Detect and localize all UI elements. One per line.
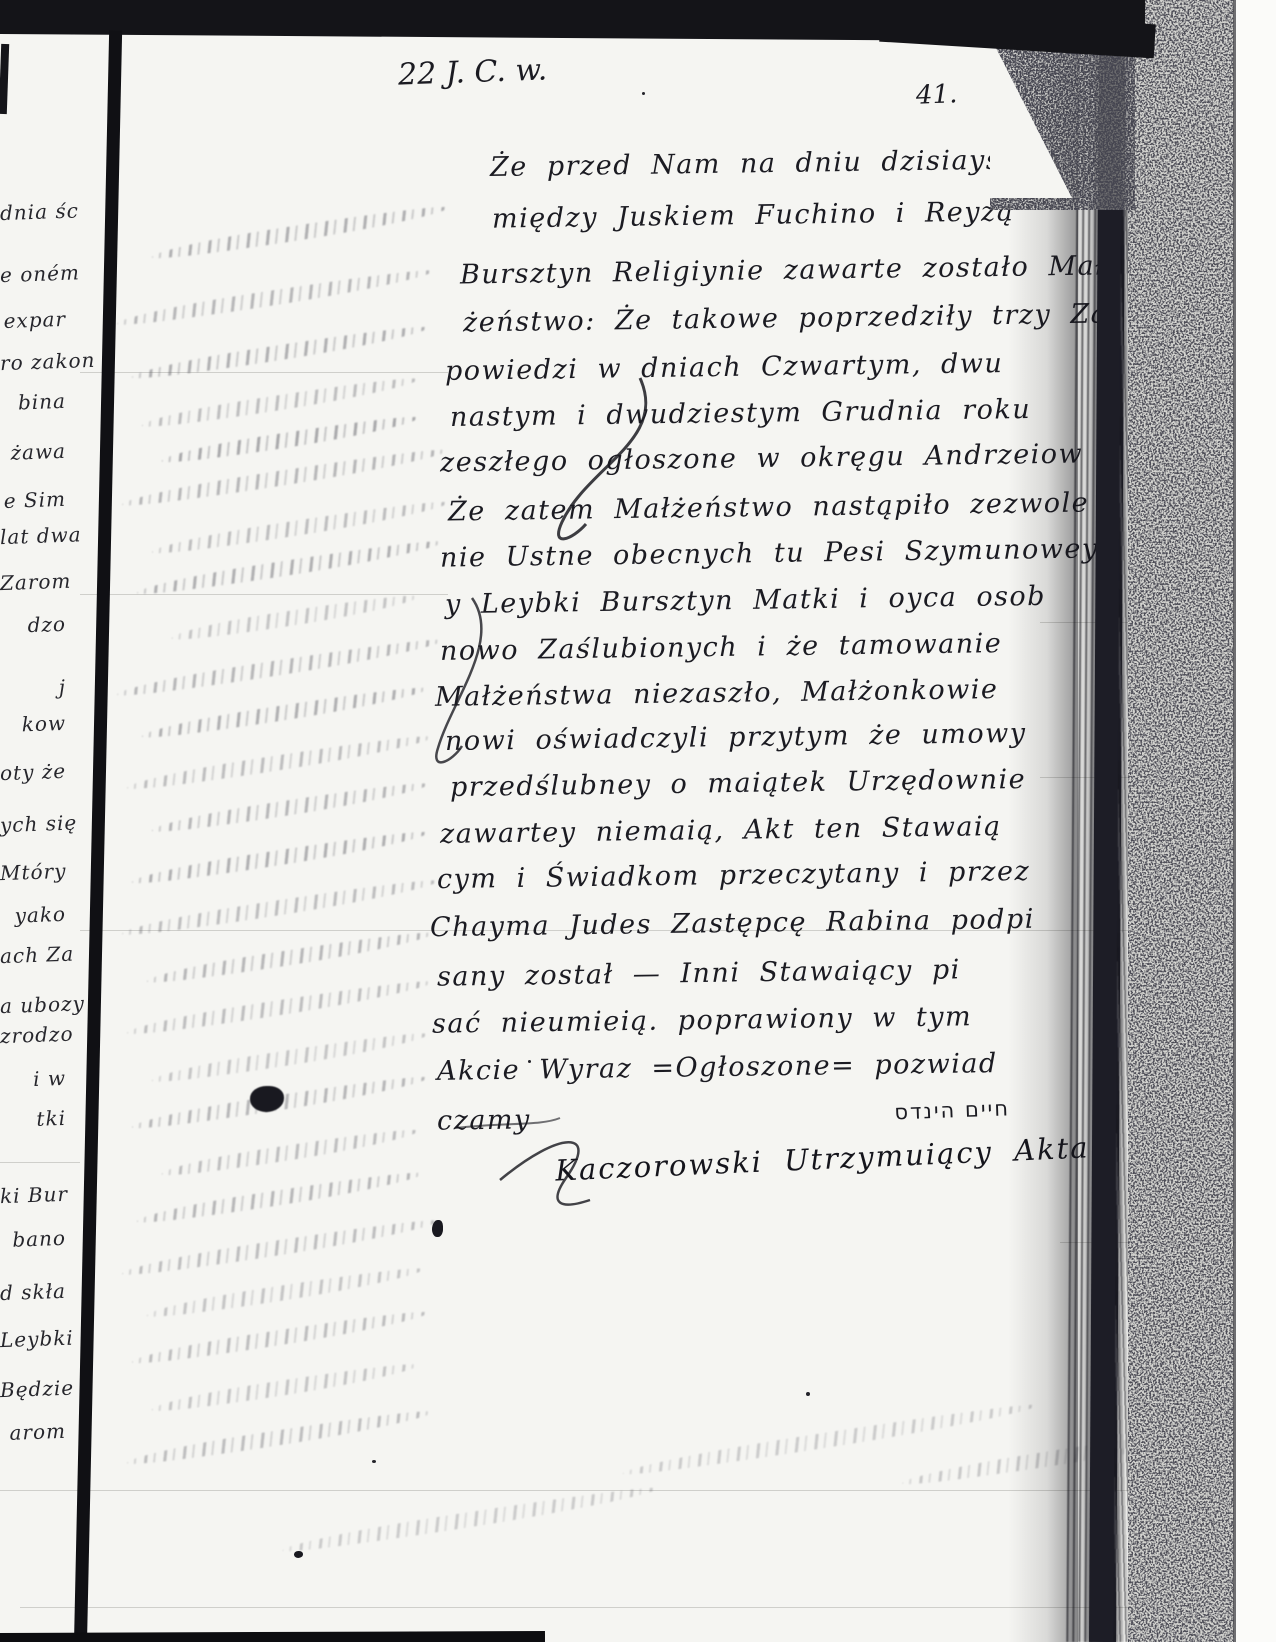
scan-margin-white bbox=[1236, 0, 1276, 1642]
bleedthrough-stroke bbox=[136, 1167, 425, 1227]
bleedthrough-stroke bbox=[146, 927, 435, 987]
ruled-line bbox=[20, 1607, 1130, 1608]
margin-fragment: bano bbox=[0, 1226, 66, 1252]
scanned-document-page: dnia śc e oném expar ro zakon bina żawa … bbox=[0, 0, 1276, 1642]
bleedthrough-stroke bbox=[146, 1263, 425, 1322]
ruled-line bbox=[0, 1162, 80, 1163]
act-line: sany został — Inni Stawaiący pi bbox=[437, 954, 961, 992]
act-line: sać nieumieią. poprawiony w tym bbox=[432, 1001, 973, 1040]
margin-fragment: j bbox=[0, 675, 66, 701]
act-line: nowi oświadczyli przytym że umowy bbox=[445, 718, 1027, 757]
bleedthrough-stroke bbox=[131, 322, 430, 384]
bleedthrough-stroke bbox=[126, 976, 435, 1039]
margin-fragment: Mtóry bbox=[0, 859, 66, 885]
margin-fragment: bina bbox=[0, 389, 66, 415]
page-number: 41. bbox=[915, 79, 957, 110]
margin-fragment: żawa bbox=[0, 439, 66, 465]
margin-fragment: Leybki bbox=[0, 1326, 66, 1352]
bleedthrough-stroke bbox=[126, 1406, 435, 1469]
ink-blot bbox=[432, 1220, 443, 1237]
margin-fragment: lat dwa bbox=[0, 523, 66, 549]
hebrew-signature: חיים הינדס bbox=[800, 1096, 1011, 1127]
margin-fragment: i w bbox=[0, 1066, 66, 1092]
margin-fragment: Będzie bbox=[0, 1376, 66, 1402]
ruled-line bbox=[80, 372, 448, 373]
bleedthrough-stroke bbox=[131, 827, 430, 889]
ruled-line bbox=[80, 594, 448, 595]
bleedthrough-stroke bbox=[151, 778, 430, 837]
fold-line bbox=[74, 30, 122, 1642]
bleedthrough-stroke bbox=[141, 682, 430, 742]
act-line: przedślubney o maiątek Urzędownie bbox=[450, 764, 1026, 803]
bleedthrough-stroke bbox=[151, 202, 450, 264]
margin-fragment: arom bbox=[0, 1419, 66, 1445]
act-line: Małżeństwa niezaszło, Małżonkowie bbox=[435, 674, 999, 713]
act-line: powiedzi w dniach Czwartym, dwu bbox=[445, 348, 1004, 387]
bleedthrough-stroke bbox=[151, 1028, 430, 1087]
act-line: Chayma Judes Zastępcę Rabina podpi bbox=[430, 904, 1035, 943]
speck bbox=[642, 92, 645, 95]
margin-fragment: zrodzo bbox=[0, 1022, 66, 1048]
margin-fragment: kow bbox=[0, 711, 66, 737]
bleedthrough-stroke bbox=[131, 1307, 430, 1369]
act-line: Że zatem Małżeństwo nastąpiło zezwole bbox=[448, 488, 1089, 528]
act-line: czamy bbox=[437, 1104, 531, 1136]
margin-fragment: e Sim bbox=[0, 487, 66, 513]
margin-fragment: Zarom bbox=[0, 569, 66, 595]
bleedthrough-stroke bbox=[281, 1482, 659, 1556]
act-line: między Juskiem Fuchino i Reyzą bbox=[492, 196, 1015, 234]
bleedthrough-stroke bbox=[150, 1359, 419, 1416]
act-line: cym i Świadkom przeczytany i przez bbox=[437, 856, 1031, 895]
margin-fragment: e oném bbox=[0, 261, 66, 287]
margin-fragment: d skła bbox=[0, 1279, 66, 1305]
bleedthrough-stroke bbox=[170, 591, 419, 645]
bleedthrough-stroke bbox=[160, 1125, 419, 1180]
act-line: Akcie Wyraz =Ogłoszone= pozwiad bbox=[437, 1048, 998, 1087]
bleedthrough-stroke bbox=[126, 731, 435, 794]
act-notation: 22 J. C. w. bbox=[397, 52, 547, 92]
bleedthrough-stroke bbox=[121, 444, 449, 510]
margin-fragment: dzo bbox=[0, 612, 66, 638]
margin-fragment: ki Bur bbox=[0, 1182, 66, 1208]
speck bbox=[372, 1460, 376, 1463]
margin-fragment: dnia śc bbox=[0, 199, 66, 225]
speck bbox=[806, 1392, 810, 1396]
act-line: nie Ustne obecnych tu Pesi Szymunowey bbox=[440, 533, 1099, 573]
act-line: y Leybki Bursztyn Matki i oyca osob bbox=[445, 581, 1046, 620]
margin-fragment: ach Za bbox=[0, 942, 66, 968]
act-line: nastym i dwudziestym Grudnia roku bbox=[450, 394, 1032, 433]
scan-noise-right bbox=[1128, 0, 1234, 1642]
act-line: zeszłego ogłoszone w okręgu Andrzeiow bbox=[440, 439, 1084, 479]
bleedthrough-stroke bbox=[116, 265, 434, 330]
ruled-line bbox=[0, 1490, 1135, 1491]
margin-fragment: ro zakon bbox=[0, 349, 66, 375]
margin-fragment: expar bbox=[0, 307, 66, 333]
margin-fragment: oty że bbox=[0, 759, 66, 785]
act-line: nowo Zaślubionych i że tamowanie bbox=[440, 628, 1003, 667]
margin-fragment: tki bbox=[0, 1106, 66, 1132]
margin-fragment: a ubozy bbox=[0, 992, 66, 1018]
act-line: Że przed Nam na dniu dzisiayszym bbox=[490, 144, 1061, 183]
ink-blot bbox=[294, 1551, 303, 1558]
margin-fragment: yako bbox=[0, 902, 66, 928]
margin-fragment: ych się bbox=[0, 811, 66, 837]
edge-mark bbox=[0, 44, 9, 114]
act-line: zawartey niemaią, Akt ten Stawaią bbox=[440, 811, 1002, 850]
speck bbox=[528, 1060, 531, 1063]
scan-bottom-bar bbox=[0, 1631, 545, 1642]
